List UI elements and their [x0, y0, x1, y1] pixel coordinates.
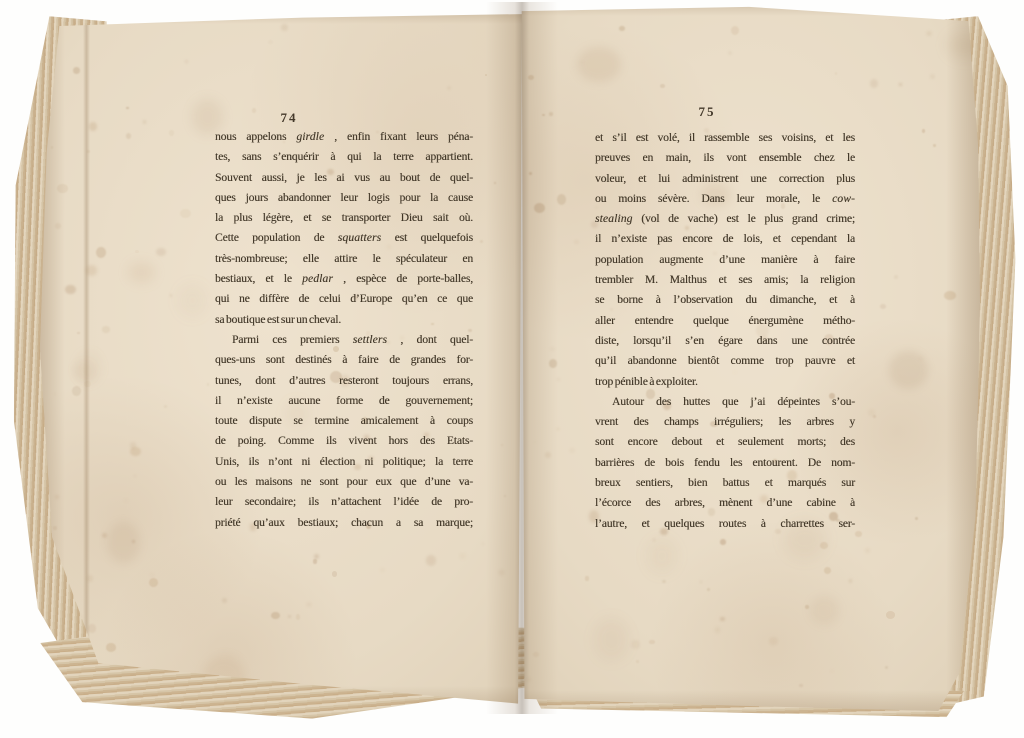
- foxing-spot: [619, 26, 624, 31]
- foxing-spot: [54, 393, 56, 395]
- text-line: Souvent aussi, je les ai vus au bout de …: [215, 168, 473, 188]
- text-line: Cette population de squatters est quelqu…: [215, 228, 473, 248]
- foxing-spot: [570, 449, 574, 452]
- foxing-spot: [868, 409, 876, 416]
- foxing-spot: [169, 130, 174, 136]
- foxing-spot: [180, 209, 190, 218]
- foxing-spot: [504, 495, 506, 497]
- foxing-spot: [824, 567, 831, 574]
- foxing-spot: [886, 611, 895, 619]
- text-line: Autour des huttes que j’ai dépeintes s’o…: [595, 392, 855, 412]
- foxing-spot: [135, 250, 139, 253]
- foxing-spot: [534, 203, 545, 213]
- foxing-spot: [501, 444, 503, 446]
- foxing-spot: [296, 614, 300, 619]
- foxing-spot: [533, 652, 538, 657]
- foxing-spot: [156, 248, 166, 256]
- foxing-spot: [534, 441, 536, 443]
- text-line: très-nombreuse; elle attire le spéculate…: [215, 249, 473, 269]
- text-line: population augmente d’une manière à fair…: [595, 250, 855, 270]
- text-line: trop pénible à exploiter.: [595, 372, 855, 392]
- text-line: il n’existe aucune forme de gouvernement…: [215, 391, 473, 411]
- foxing-spot: [134, 475, 136, 478]
- foxing-spot: [51, 146, 54, 149]
- foxing-spot: [849, 579, 852, 583]
- text-line: bestiaux, et le pedlar , espèce de porte…: [215, 269, 473, 289]
- foxing-spot: [870, 79, 878, 88]
- foxing-spot: [499, 570, 503, 574]
- foxing-spot: [927, 32, 930, 36]
- foxing-spot: [149, 578, 158, 587]
- foxing-spot: [185, 60, 188, 63]
- foxing-spot: [885, 666, 888, 669]
- foxing-spot: [65, 285, 75, 295]
- foxing-spot: [652, 538, 657, 542]
- foxing-spot: [577, 47, 621, 81]
- foxing-spot: [314, 554, 319, 559]
- page-text-1: et s’il est volé, il rassemble ses voisi…: [595, 128, 855, 534]
- foxing-spot: [551, 348, 554, 351]
- foxing-spot: [107, 522, 141, 562]
- foxing-spot: [769, 637, 778, 644]
- foxing-spot: [831, 670, 833, 672]
- foxing-spot: [332, 571, 337, 577]
- foxing-spot: [820, 542, 828, 548]
- foxing-spot: [271, 612, 280, 619]
- foxing-spot: [594, 618, 629, 661]
- text-line: leur secondaire; ils n’attachent l’idée …: [215, 492, 473, 512]
- right-page-top-shading: [518, 4, 980, 16]
- foxing-spot: [805, 605, 809, 609]
- foxing-spot: [102, 326, 111, 333]
- foxing-spot: [647, 538, 678, 573]
- foxing-spot: [130, 442, 137, 449]
- foxing-spot: [143, 120, 146, 124]
- foxing-spot: [899, 83, 902, 86]
- text-line: stealing (vol de vache) est le plus gran…: [595, 209, 855, 229]
- foxing-spot: [720, 539, 725, 545]
- text-line: la plus légère, et se transporter Dieu s…: [215, 208, 473, 228]
- foxing-spot: [57, 184, 68, 193]
- foxing-spot: [855, 531, 861, 537]
- text-line: ques-uns sont destinés à faire de grande…: [215, 350, 473, 370]
- foxing-spot: [529, 172, 532, 175]
- text-line: qui ne diffère de celui d’Europe qu’en c…: [215, 289, 473, 309]
- text-line: nous appelons girdle , enfin fixant leur…: [215, 127, 473, 147]
- foxing-spot: [170, 294, 172, 296]
- foxing-spot: [126, 107, 129, 109]
- foxing-spot: [880, 304, 886, 309]
- foxing-spot: [459, 553, 466, 559]
- left-page-crease: [83, 12, 90, 712]
- foxing-spot: [700, 581, 702, 583]
- foxing-spot: [930, 74, 935, 79]
- page-text-0: nous appelons girdle , enfin fixant leur…: [215, 127, 473, 533]
- text-line: diste, lorsqu’il s’en égare dans une con…: [595, 331, 855, 351]
- foxing-spot: [252, 108, 256, 113]
- foxing-spot: [132, 540, 135, 543]
- text-line: Parmi ces premiers settlers , dont quel-: [215, 330, 473, 350]
- foxing-spot: [313, 559, 317, 564]
- foxing-spot: [53, 526, 58, 531]
- text-line: toute dispute se termine amicalement à c…: [215, 411, 473, 431]
- text-line: l’autre, et quelques routes à charrettes…: [595, 514, 855, 534]
- foxing-spot: [545, 452, 551, 458]
- foxing-spot: [707, 588, 710, 591]
- text-line: preuves en main, ils vont ensemble chez …: [595, 148, 855, 168]
- text-line: qu’il abandonne bientôt comme trop pauvr…: [595, 351, 855, 371]
- foxing-spot: [482, 543, 484, 545]
- foxing-spot: [485, 74, 488, 76]
- foxing-spot: [528, 678, 530, 681]
- foxing-spot: [873, 415, 876, 418]
- foxing-spot: [55, 223, 61, 229]
- text-line: l’écorce des arbres, mènent d’une cabine…: [595, 493, 855, 513]
- text-line: sa boutique est sur un cheval.: [215, 310, 473, 330]
- foxing-spot: [631, 640, 640, 648]
- text-line: ou moins sévère. Dans leur morale, le co…: [595, 189, 855, 209]
- foxing-spot: [715, 627, 720, 633]
- foxing-spot: [106, 643, 116, 651]
- text-line: priété qu’aux bestiaux; chacun a sa marq…: [215, 513, 473, 533]
- foxing-spot: [528, 75, 534, 80]
- foxing-spot: [810, 596, 839, 625]
- text-line: tunes, dont d’autres resteront toujours …: [215, 371, 473, 391]
- foxing-spot: [933, 144, 936, 147]
- foxing-spot: [480, 240, 483, 243]
- foxing-spot: [585, 576, 589, 580]
- foxing-spot: [915, 517, 918, 520]
- text-line: voleur, et lui administrent une correcti…: [595, 169, 855, 189]
- text-line: ou les maisons ne sont pour eux que d’un…: [215, 472, 473, 492]
- foxing-spot: [494, 182, 496, 185]
- foxing-spot: [96, 247, 107, 259]
- text-line: sont encore debout et seulement morts; d…: [595, 432, 855, 452]
- foxing-spot: [128, 262, 155, 284]
- text-line: barrières de bois fendu les entourent. D…: [595, 453, 855, 473]
- foxing-spot: [542, 114, 544, 116]
- foxing-spot: [729, 52, 731, 54]
- foxing-spot: [381, 569, 384, 571]
- foxing-spot: [549, 359, 557, 368]
- right-page: 75 et s’il est volé, il rassemble ses vo…: [518, 4, 980, 716]
- foxing-spot: [89, 122, 97, 130]
- book-photo: 74 nous appelons girdle , enfin fixant l…: [0, 0, 1024, 738]
- text-line: et s’il est volé, il rassemble ses voisi…: [595, 128, 855, 148]
- foxing-spot: [649, 640, 654, 645]
- text-line: tes, sans s’enquérir à qui la terre appa…: [215, 147, 473, 167]
- text-line: de poing. Comme ils vivent hors des Etat…: [215, 431, 473, 451]
- foxing-spot: [581, 62, 583, 64]
- foxing-spot: [222, 598, 227, 603]
- foxing-spot: [77, 332, 80, 335]
- foxing-spot: [448, 87, 450, 90]
- text-line: trembler M. Malthus et ses amis; la reli…: [595, 270, 855, 290]
- foxing-spot: [125, 499, 127, 502]
- foxing-spot: [574, 240, 579, 244]
- foxing-spot: [549, 112, 553, 116]
- foxing-spot: [268, 40, 273, 44]
- foxing-spot: [944, 291, 955, 300]
- foxing-spot: [660, 84, 665, 88]
- text-line: se borne à l’observation du dimanche, et…: [595, 290, 855, 310]
- foxing-spot: [102, 533, 107, 538]
- foxing-spot: [720, 617, 725, 621]
- foxing-spot: [922, 129, 925, 133]
- foxing-spot: [207, 383, 209, 386]
- foxing-spot: [731, 26, 739, 35]
- page-number-75: 75: [685, 104, 729, 120]
- foxing-spot: [307, 603, 310, 606]
- foxing-spot: [557, 194, 566, 205]
- left-page-top-shading: [35, 12, 522, 24]
- text-line: ques jours abandonner leur logis pour la…: [215, 188, 473, 208]
- foxing-spot: [281, 24, 288, 31]
- foxing-spot: [73, 67, 80, 74]
- left-page: 74 nous appelons girdle , enfin fixant l…: [35, 12, 522, 712]
- foxing-spot: [835, 72, 837, 74]
- foxing-spot: [55, 495, 59, 499]
- foxing-spot: [178, 284, 208, 318]
- foxing-spot: [866, 549, 868, 552]
- text-line: aller entendre quelque énergumène métho-: [595, 311, 855, 331]
- foxing-spot: [557, 428, 559, 430]
- foxing-spot: [894, 275, 897, 279]
- foxing-spot: [126, 133, 131, 139]
- foxing-spot: [889, 351, 928, 388]
- foxing-spot: [288, 615, 291, 618]
- text-line: vrent des champs irréguliers; les arbres…: [595, 412, 855, 432]
- foxing-spot: [636, 660, 639, 663]
- foxing-spot: [920, 357, 922, 360]
- foxing-spot: [557, 378, 560, 381]
- foxing-spot: [130, 447, 141, 457]
- text-line: Unis, ils n’ont ni élection ni politique…: [215, 452, 473, 472]
- foxing-spot: [72, 386, 82, 397]
- foxing-spot: [662, 580, 666, 583]
- foxing-spot: [164, 405, 167, 408]
- foxing-spot: [426, 555, 437, 566]
- page-number-74: 74: [267, 110, 311, 126]
- foxing-spot: [151, 574, 153, 576]
- text-line: il n’existe pas encore de lois, et cepen…: [595, 229, 855, 249]
- foxing-spot: [799, 684, 803, 688]
- text-line: breux sentiers, bien battus et marqués s…: [595, 473, 855, 493]
